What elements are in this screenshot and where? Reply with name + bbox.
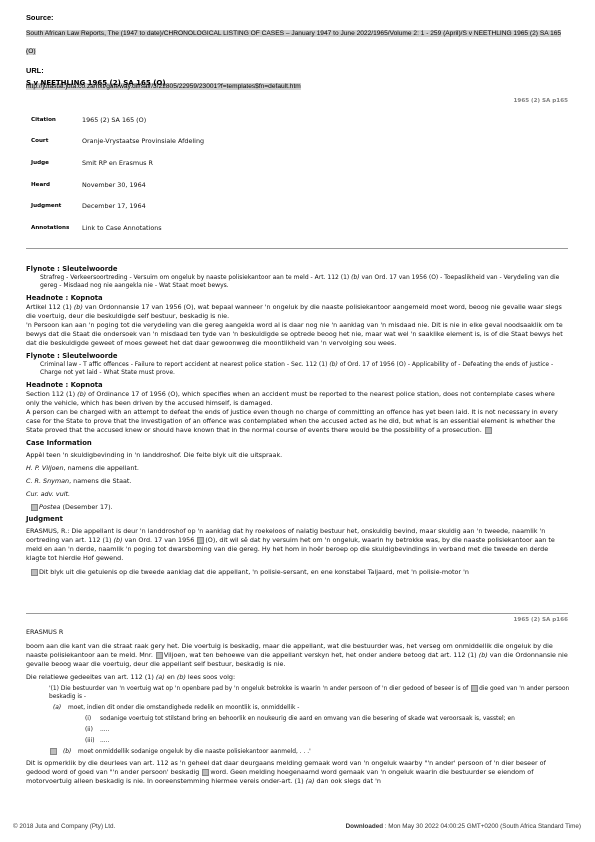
section-divider	[26, 248, 568, 249]
statute-quote: '(1) Die bestuurder van 'n voertuig wat …	[26, 685, 570, 756]
cur-adv-vult: Cur. adv. vult.	[26, 490, 570, 499]
quote-item-ii: (ii).....	[49, 726, 570, 734]
quote-item-a: (a)moet, indien dit onder die omstandigh…	[49, 704, 570, 712]
page2-p1: boom aan die kant van die straat raak ge…	[26, 642, 570, 669]
margin-letter-marker	[50, 748, 57, 755]
meta-row-annotations: Annotations Link to Case Annotations	[31, 217, 204, 239]
meta-key: Heard	[31, 182, 82, 188]
meta-value: Smit RP en Erasmus R	[82, 159, 153, 167]
judgment-p1: ERASMUS, R.: Die appellant is deur 'n la…	[26, 527, 570, 563]
source-path[interactable]: South African Law Reports, The (1947 to …	[26, 30, 561, 55]
headnote-af-p2: 'n Persoon kan aan 'n poging tot die ver…	[26, 321, 570, 348]
case-metadata-table: Citation 1965 (2) SA 165 (O) Court Oranj…	[31, 109, 204, 239]
meta-value: Oranje-Vrystaatse Provinsiale Afdeling	[82, 137, 204, 145]
counsel-appellant: H. P. Viljoen, namens die appellant.	[26, 464, 570, 473]
page-break-divider	[26, 613, 568, 614]
quote-item-iii: (iii).....	[49, 737, 570, 745]
margin-letter-marker	[485, 427, 492, 434]
margin-letter-marker	[31, 504, 38, 511]
margin-letter-marker	[197, 537, 204, 544]
headnote-af-heading: Headnote : Kopnota	[26, 294, 570, 303]
flynote-af-heading: Flynote : Sleutelwoorde	[26, 265, 570, 274]
judgment-heading: Judgment	[26, 515, 570, 524]
quote-item-i: (i)sodanige voertuig tot stilstand bring…	[49, 715, 570, 723]
running-head: ERASMUS R	[26, 628, 570, 637]
meta-row-judge: Judge Smit RP en Erasmus R	[31, 152, 204, 174]
case-body-page1: Flynote : Sleutelwoorde Strafreg - Verke…	[26, 265, 570, 577]
copyright-text: © 2018 Juta and Company (Pty) Ltd.	[13, 823, 115, 830]
page-footer: © 2018 Juta and Company (Pty) Ltd. Downl…	[13, 823, 581, 830]
download-info: Downloaded : Mon May 30 2022 04:00:25 GM…	[346, 823, 581, 830]
page2-p2: Die relatiewe gedeeltes van art. 112 (1)…	[26, 673, 570, 682]
headnote-en-heading: Headnote : Kopnota	[26, 381, 570, 390]
meta-row-judgment: Judgment December 17, 1964	[31, 195, 204, 217]
page2-p3: Dit is opmerklik by die deurlees van art…	[26, 759, 570, 786]
headnote-en-p1: Section 112 (1) (b) of Ordinance 17 of 1…	[26, 390, 570, 408]
meta-key: Court	[31, 138, 82, 144]
postea-line: Postea (Desember 17).	[26, 503, 570, 512]
flynote-af-text: Strafreg - Verkeersoortreding - Versuim …	[26, 274, 570, 290]
meta-value: December 17, 1964	[82, 202, 146, 210]
document-page: Source: South African Law Reports, The (…	[0, 0, 595, 842]
meta-key: Citation	[31, 117, 82, 123]
margin-letter-marker	[202, 769, 209, 776]
meta-value: November 30, 1964	[82, 181, 146, 189]
quote-main: '(1) Die bestuurder van 'n voertuig wat …	[49, 685, 570, 701]
meta-row-heard: Heard November 30, 1964	[31, 174, 204, 196]
case-info-text: Appèl teen 'n skuldigbevinding in 'n lan…	[26, 451, 570, 460]
meta-value: 1965 (2) SA 165 (O)	[82, 116, 146, 124]
meta-key: Judgment	[31, 203, 82, 209]
meta-row-citation: Citation 1965 (2) SA 165 (O)	[31, 109, 204, 131]
case-info-heading: Case Information	[26, 439, 570, 448]
counsel-state: C. R. Snyman, namens die Staat.	[26, 477, 570, 486]
source-label: Source:	[26, 13, 571, 22]
url-label: URL:	[26, 66, 571, 75]
quote-item-b: (b)moet onmiddellik sodanige ongeluk by …	[49, 748, 570, 756]
annotations-link[interactable]: Link to Case Annotations	[82, 224, 162, 232]
meta-key: Annotations	[31, 225, 82, 231]
flynote-en-heading: Flynote : Sleutelwoorde	[26, 352, 570, 361]
case-title: S v NEETHLING 1965 (2) SA 165 (O)	[26, 79, 166, 87]
headnote-af-p1: Artikel 112 (1) (b) van Ordonnansie 17 v…	[26, 303, 570, 321]
headnote-en-p2: A person can be charged with an attempt …	[26, 408, 570, 435]
flynote-en-text: Criminal law - T affic offences - Failur…	[26, 361, 570, 377]
page-reference: 1965 (2) SA p165	[514, 98, 568, 104]
case-body-page2: ERASMUS R boom aan die kant van die stra…	[26, 628, 570, 786]
margin-letter-marker	[471, 685, 478, 692]
page-reference: 1965 (2) SA p166	[514, 617, 568, 623]
meta-key: Judge	[31, 160, 82, 166]
margin-letter-marker	[156, 652, 163, 659]
meta-row-court: Court Oranje-Vrystaatse Provinsiale Afde…	[31, 131, 204, 153]
judgment-p2: Dit blyk uit die getuienis op die tweede…	[26, 568, 570, 577]
margin-letter-marker	[31, 569, 38, 576]
